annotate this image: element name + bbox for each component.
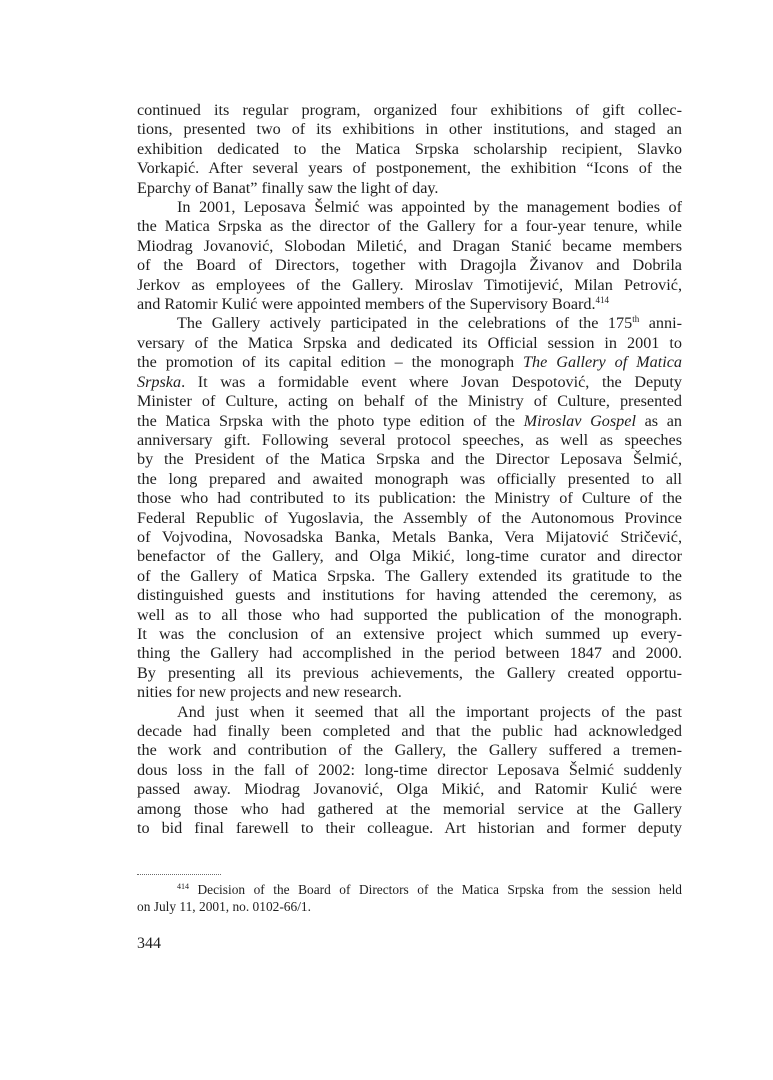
text-fragment: anni- bbox=[639, 314, 682, 332]
text-line: the Matica Srpska as the director of the… bbox=[137, 217, 682, 236]
text-line: the long prepared and awaited monograph … bbox=[137, 470, 682, 489]
text-line: distinguished guests and institutions fo… bbox=[137, 586, 682, 605]
text-line: It was the conclusion of an extensive pr… bbox=[137, 625, 682, 644]
text-fragment: The Gallery actively participated in the… bbox=[177, 314, 632, 332]
text-line: exhibition dedicated to the Matica Srpsk… bbox=[137, 140, 682, 159]
text-line: Eparchy of Banat” finally saw the light … bbox=[137, 179, 682, 198]
text-line: In 2001, Leposava Šelmić was appointed b… bbox=[137, 198, 682, 217]
italic-title: Srpska bbox=[137, 373, 181, 391]
paragraph-3: The Gallery actively participated in the… bbox=[137, 314, 682, 702]
body-text: continued its regular program, organized… bbox=[137, 101, 682, 838]
text-line: dous loss in the fall of 2002: long-time… bbox=[137, 761, 682, 780]
paragraph-4: And just when it seemed that all the imp… bbox=[137, 703, 682, 839]
text-line: Vorkapić. After several years of postpon… bbox=[137, 159, 682, 178]
text-line: of the Board of Directors, together with… bbox=[137, 256, 682, 275]
text-fragment: the promotion of its capital edition – t… bbox=[137, 353, 523, 371]
footnote-line: 414 Decision of the Board of Directors o… bbox=[137, 882, 682, 899]
text-line: of Vojvodina, Novosadska Banka, Metals B… bbox=[137, 528, 682, 547]
text-line: and Ratomir Kulić were appointed members… bbox=[137, 295, 682, 314]
text-line: passed away. Miodrag Jovanović, Olga Mik… bbox=[137, 780, 682, 799]
text-line: By presenting all its previous achieveme… bbox=[137, 664, 682, 683]
text-line: Federal Republic of Yugoslavia, the Asse… bbox=[137, 509, 682, 528]
paragraph-1: continued its regular program, organized… bbox=[137, 101, 682, 198]
text-line: benefactor of the Gallery, and Olga Miki… bbox=[137, 547, 682, 566]
document-page: continued its regular program, organized… bbox=[0, 0, 773, 1080]
text-line: the Matica Srpska with the photo type ed… bbox=[137, 412, 682, 431]
text-line: to bid final farewell to their colleague… bbox=[137, 819, 682, 838]
text-line: among those who had gathered at the memo… bbox=[137, 800, 682, 819]
text-line: well as to all those who had supported t… bbox=[137, 606, 682, 625]
italic-title: The Gallery of Matica bbox=[523, 353, 682, 371]
footnote-line: on July 11, 2001, no. 0102-66/1. bbox=[137, 899, 682, 916]
text-fragment: and Ratomir Kulić were appointed members… bbox=[137, 295, 596, 313]
text-line: thing the Gallery had accomplished in th… bbox=[137, 644, 682, 663]
text-fragment: the Matica Srpska with the photo type ed… bbox=[137, 412, 524, 430]
text-line: And just when it seemed that all the imp… bbox=[137, 703, 682, 722]
text-line: the promotion of its capital edition – t… bbox=[137, 353, 682, 372]
text-line: Srpska. It was a formidable event where … bbox=[137, 373, 682, 392]
text-line: anniversary gift. Following several prot… bbox=[137, 431, 682, 450]
text-line: Miodrag Jovanović, Slobodan Miletić, and… bbox=[137, 237, 682, 256]
text-fragment: as an bbox=[636, 412, 682, 430]
paragraph-2: In 2001, Leposava Šelmić was appointed b… bbox=[137, 198, 682, 314]
text-line: continued its regular program, organized… bbox=[137, 101, 682, 120]
text-line: by the President of the Matica Srpska an… bbox=[137, 450, 682, 469]
text-line: decade had finally been completed and th… bbox=[137, 722, 682, 741]
footnote-reference[interactable]: 414 bbox=[596, 295, 610, 305]
text-line: Minister of Culture, acting on behalf of… bbox=[137, 392, 682, 411]
text-line: those who had contributed to its publica… bbox=[137, 489, 682, 508]
text-fragment: . It was a formidable event where Jovan … bbox=[181, 373, 682, 391]
footnote-separator bbox=[137, 874, 221, 875]
footnote-text: Decision of the Board of Directors of th… bbox=[189, 882, 682, 897]
text-line: the work and contribution of the Gallery… bbox=[137, 741, 682, 760]
text-line: versary of the Matica Srpska and dedicat… bbox=[137, 334, 682, 353]
text-line: Jerkov as employees of the Gallery. Miro… bbox=[137, 276, 682, 295]
footnote: 414 Decision of the Board of Directors o… bbox=[137, 882, 682, 915]
text-line: The Gallery actively participated in the… bbox=[137, 314, 682, 333]
page-number: 344 bbox=[137, 935, 161, 953]
footnote-number: 414 bbox=[177, 882, 189, 891]
italic-title: Miroslav Gospel bbox=[524, 412, 636, 430]
text-line: nities for new projects and new research… bbox=[137, 683, 682, 702]
text-line: tions, presented two of its exhibitions … bbox=[137, 120, 682, 139]
text-line: of the Gallery of Matica Srpska. The Gal… bbox=[137, 567, 682, 586]
